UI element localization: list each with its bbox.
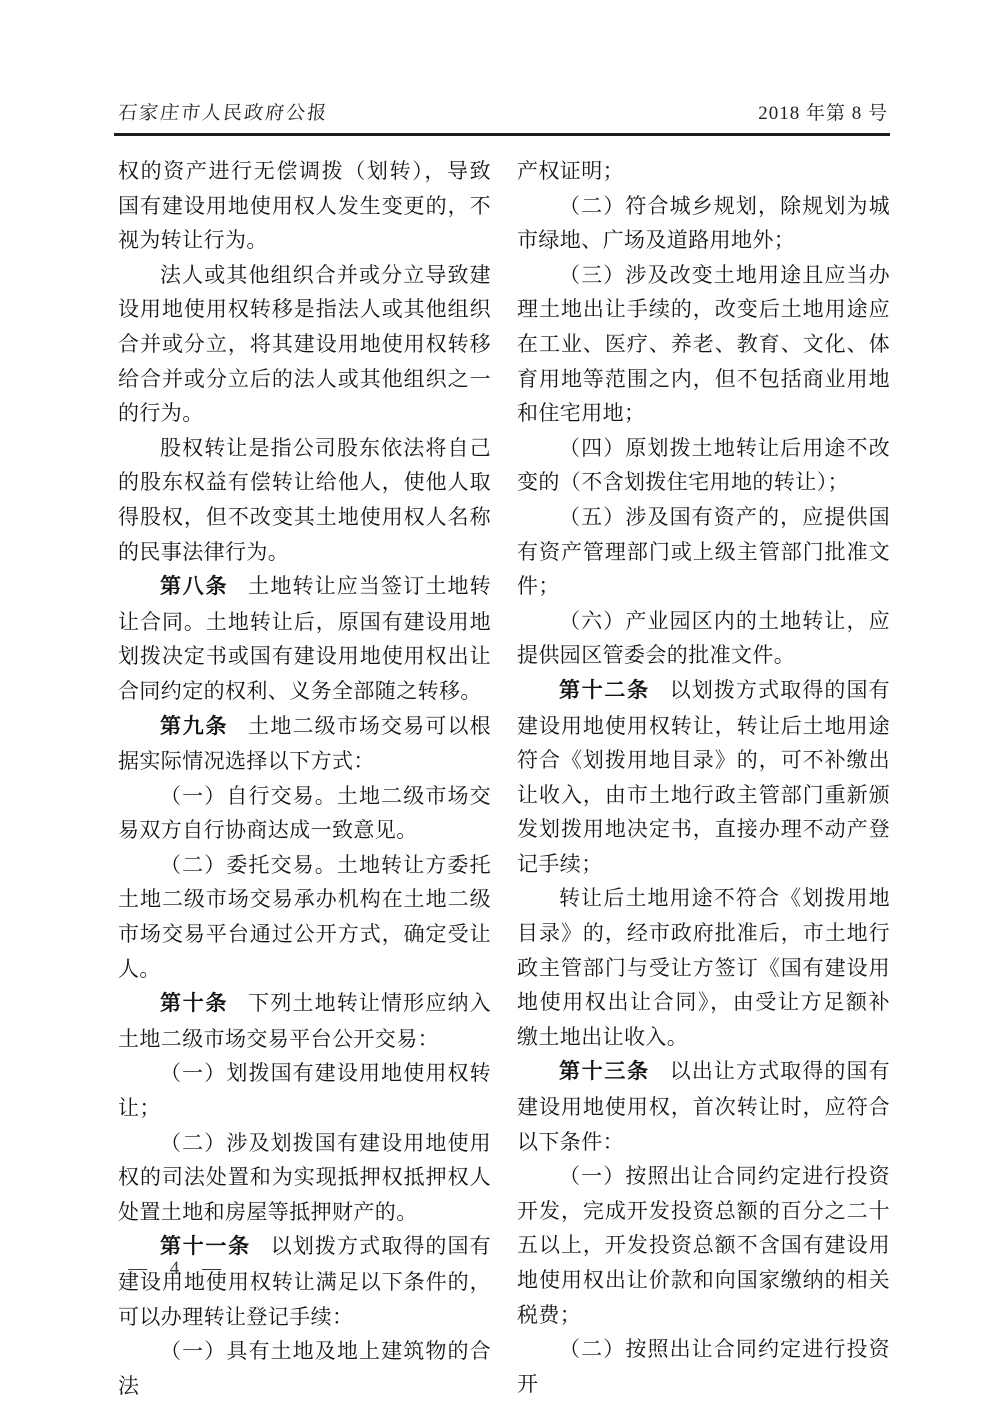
paragraph: 权的资产进行无偿调拨（划转），导致国有建设用地使用权人发生变更的，不视为转让行为… bbox=[118, 154, 491, 258]
header-rule bbox=[114, 133, 890, 136]
paragraph: （一）具有土地及地上建筑物的合法 bbox=[118, 1334, 491, 1403]
paragraph: （三）涉及改变土地用途且应当办理土地出让手续的，改变后土地用途应在工业、医疗、养… bbox=[517, 258, 890, 431]
issue-number: 2018 年第 8 号 bbox=[758, 102, 888, 126]
paragraph: （二）委托交易。土地转让方委托土地二级市场交易承办机构在土地二级市场交易平台通过… bbox=[118, 848, 491, 986]
paragraph-text: （四）原划拨土地转让后用途不改变的（不含划拨住宅用地的转让）； bbox=[517, 436, 890, 495]
page-header: 石家庄市人民政府公报 2018 年第 8 号 bbox=[118, 102, 888, 126]
paragraph-text: 法人或其他组织合并或分立导致建设用地使用权转移是指法人或其他组织合并或分立，将其… bbox=[118, 263, 491, 425]
document-body: 权的资产进行无偿调拨（划转），导致国有建设用地使用权人发生变更的，不视为转让行为… bbox=[118, 154, 890, 1403]
paragraph-text: （二）委托交易。土地转让方委托土地二级市场交易承办机构在土地二级市场交易平台通过… bbox=[118, 853, 491, 981]
paragraph: 产权证明； bbox=[517, 154, 890, 189]
paragraph: （一）自行交易。土地二级市场交易双方自行协商达成一致意见。 bbox=[118, 779, 491, 848]
paragraph: 法人或其他组织合并或分立导致建设用地使用权转移是指法人或其他组织合并或分立，将其… bbox=[118, 258, 491, 431]
paragraph-text: 以划拨方式取得的国有建设用地使用权转让，转让后土地用途符合《划拨用地目录》的，可… bbox=[517, 678, 890, 876]
article-paragraph: 第十一条以划拨方式取得的国有建设用地使用权转让满足以下条件的，可以办理转让登记手… bbox=[118, 1229, 491, 1334]
article-number: 第十三条 bbox=[559, 1060, 650, 1083]
paragraph-text: （六）产业园区内的土地转让，应提供园区管委会的批准文件。 bbox=[517, 609, 890, 668]
paragraph-text: （一）自行交易。土地二级市场交易双方自行协商达成一致意见。 bbox=[118, 784, 491, 843]
gazette-title: 石家庄市人民政府公报 bbox=[117, 102, 330, 126]
paragraph: （二）按照出让合同约定进行投资开 bbox=[517, 1332, 890, 1401]
paragraph-text: 转让后土地用途不符合《划拨用地目录》的，经市政府批准后，市土地行政主管部门与受让… bbox=[517, 886, 890, 1048]
paragraph: （二）符合城乡规划，除规划为城市绿地、广场及道路用地外； bbox=[517, 189, 890, 258]
paragraph-text: （二）按照出让合同约定进行投资开 bbox=[517, 1337, 890, 1396]
article-paragraph: 第十条下列土地转让情形应纳入土地二级市场交易平台公开交易： bbox=[118, 986, 491, 1056]
article-paragraph: 第八条土地转让应当签订土地转让合同。土地转让后，原国有建设用地划拨决定书或国有建… bbox=[118, 569, 491, 708]
article-number: 第九条 bbox=[160, 715, 228, 738]
article-paragraph: 第十二条以划拨方式取得的国有建设用地使用权转让，转让后土地用途符合《划拨用地目录… bbox=[517, 673, 890, 882]
page-number: — 4 — bbox=[128, 1258, 230, 1279]
paragraph: 股权转让是指公司股东依法将自己的股东权益有偿转让给他人，使他人取得股权，但不改变… bbox=[118, 431, 491, 569]
paragraph: （一）划拨国有建设用地使用权转让； bbox=[118, 1056, 491, 1125]
paragraph: （六）产业园区内的土地转让，应提供园区管委会的批准文件。 bbox=[517, 604, 890, 673]
left-column: 权的资产进行无偿调拨（划转），导致国有建设用地使用权人发生变更的，不视为转让行为… bbox=[118, 154, 491, 1403]
gazette-page: 石家庄市人民政府公报 2018 年第 8 号 权的资产进行无偿调拨（划转），导致… bbox=[0, 0, 1000, 1414]
paragraph-text: （一）划拨国有建设用地使用权转让； bbox=[118, 1061, 491, 1120]
paragraph-text: （二）符合城乡规划，除规划为城市绿地、广场及道路用地外； bbox=[517, 194, 890, 253]
article-number: 第十二条 bbox=[559, 679, 650, 702]
paragraph: （五）涉及国有资产的，应提供国有资产管理部门或上级主管部门批准文件； bbox=[517, 500, 890, 604]
paragraph: （四）原划拨土地转让后用途不改变的（不含划拨住宅用地的转让）； bbox=[517, 431, 890, 500]
page-footer: — 4 — bbox=[128, 1258, 230, 1280]
article-paragraph: 第九条土地二级市场交易可以根据实际情况选择以下方式： bbox=[118, 709, 491, 779]
article-number: 第十一条 bbox=[160, 1235, 251, 1258]
paragraph: 转让后土地用途不符合《划拨用地目录》的，经市政府批准后，市土地行政主管部门与受让… bbox=[517, 881, 890, 1054]
paragraph-text: 产权证明； bbox=[517, 159, 624, 183]
paragraph-text: 股权转让是指公司股东依法将自己的股东权益有偿转让给他人，使他人取得股权，但不改变… bbox=[118, 436, 491, 564]
paragraph: （一）按照出让合同约定进行投资开发，完成开发投资总额的百分之二十五以上，开发投资… bbox=[517, 1159, 890, 1332]
paragraph-text: （一）按照出让合同约定进行投资开发，完成开发投资总额的百分之二十五以上，开发投资… bbox=[517, 1164, 890, 1326]
article-number: 第八条 bbox=[160, 575, 228, 598]
paragraph-text: （五）涉及国有资产的，应提供国有资产管理部门或上级主管部门批准文件； bbox=[517, 505, 890, 598]
paragraph-text: （一）具有土地及地上建筑物的合法 bbox=[118, 1339, 491, 1398]
paragraph-text: （三）涉及改变土地用途且应当办理土地出让手续的，改变后土地用途应在工业、医疗、养… bbox=[517, 263, 890, 425]
paragraph: （二）涉及划拨国有建设用地使用权的司法处置和为实现抵押权抵押权人处置土地和房屋等… bbox=[118, 1126, 491, 1230]
article-number: 第十条 bbox=[160, 992, 228, 1015]
paragraph-text: 权的资产进行无偿调拨（划转），导致国有建设用地使用权人发生变更的，不视为转让行为… bbox=[118, 159, 491, 252]
paragraph-text: （二）涉及划拨国有建设用地使用权的司法处置和为实现抵押权抵押权人处置土地和房屋等… bbox=[118, 1131, 491, 1224]
right-column: 产权证明；（二）符合城乡规划，除规划为城市绿地、广场及道路用地外；（三）涉及改变… bbox=[517, 154, 890, 1403]
article-paragraph: 第十三条以出让方式取得的国有建设用地使用权，首次转让时，应符合以下条件： bbox=[517, 1054, 890, 1159]
